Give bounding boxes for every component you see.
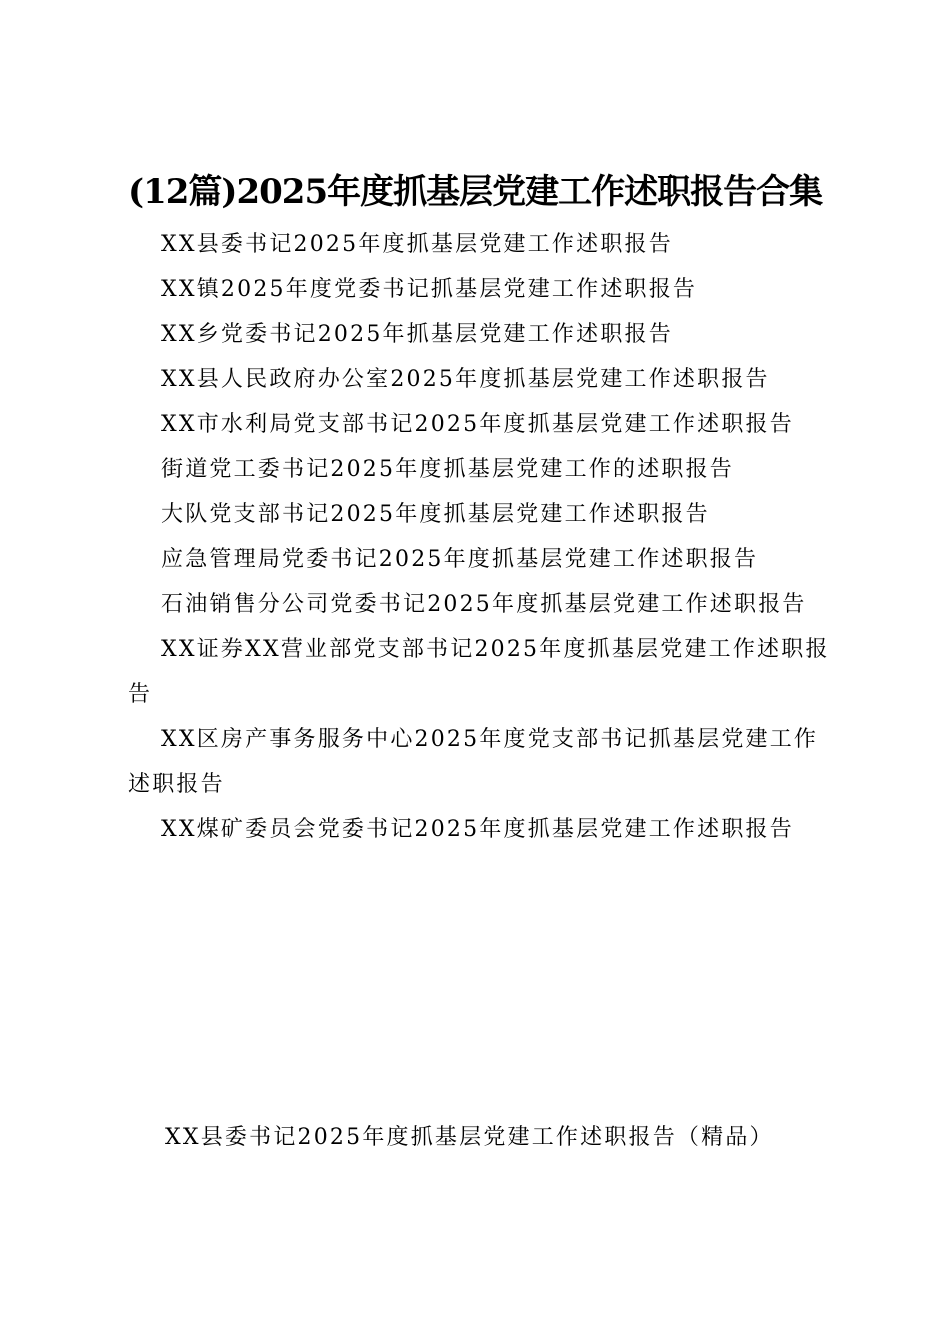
document-title: (12篇)2025年度抓基层党建工作述职报告合集 [128, 168, 838, 216]
toc-item: XX县委书记2025年度抓基层党建工作述职报告 [128, 222, 833, 267]
toc-item: XX镇2025年度党委书记抓基层党建工作述职报告 [128, 267, 833, 312]
toc-item: XX市水利局党支部书记2025年度抓基层党建工作述职报告 [128, 402, 833, 447]
table-of-contents: XX县委书记2025年度抓基层党建工作述职报告 XX镇2025年度党委书记抓基层… [128, 222, 833, 852]
toc-item: 应急管理局党委书记2025年度抓基层党建工作述职报告 [128, 537, 833, 582]
toc-item: XX证券XX营业部党支部书记2025年度抓基层党建工作述职报告 [128, 627, 833, 717]
toc-item: XX区房产事务服务中心2025年度党支部书记抓基层党建工作述职报告 [128, 717, 833, 807]
toc-item: XX煤矿委员会党委书记2025年度抓基层党建工作述职报告 [128, 807, 833, 852]
toc-item: XX乡党委书记2025年抓基层党建工作述职报告 [128, 312, 833, 357]
toc-item: 石油销售分公司党委书记2025年度抓基层党建工作述职报告 [128, 582, 833, 627]
document-page: (12篇)2025年度抓基层党建工作述职报告合集 XX县委书记2025年度抓基层… [0, 0, 950, 1344]
section-heading: XX县委书记2025年度抓基层党建工作述职报告（精品） [165, 1118, 825, 1158]
toc-item: 街道党工委书记2025年度抓基层党建工作的述职报告 [128, 447, 833, 492]
toc-item: XX县人民政府办公室2025年度抓基层党建工作述职报告 [128, 357, 833, 402]
toc-item: 大队党支部书记2025年度抓基层党建工作述职报告 [128, 492, 833, 537]
